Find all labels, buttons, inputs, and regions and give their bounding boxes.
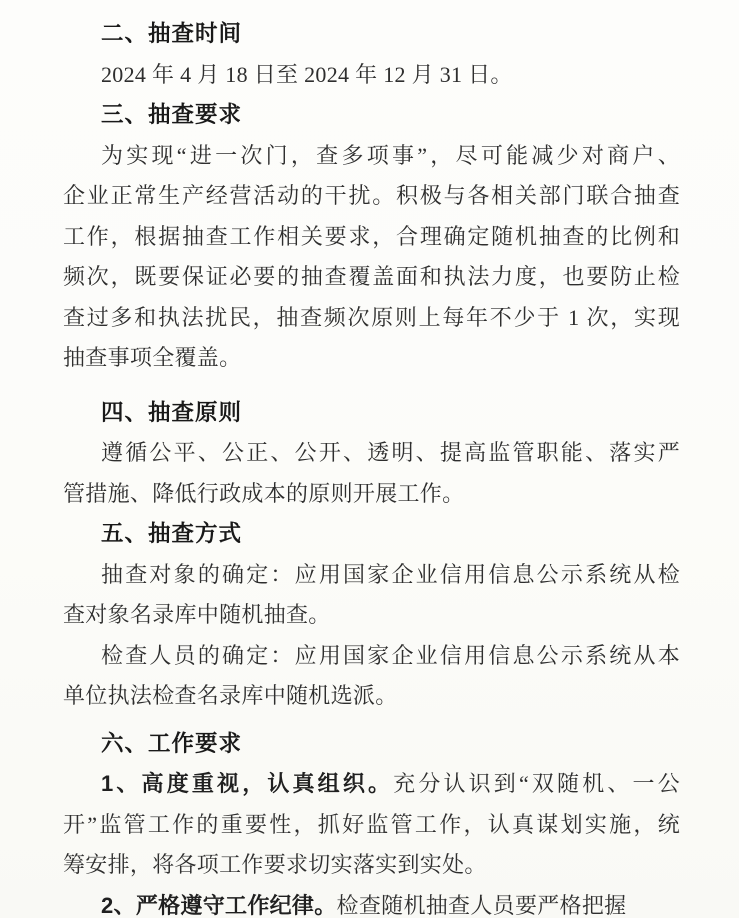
work-item-1-text: 充分认识到“双随机、一公: [393, 771, 680, 796]
para-method-inspectors-line: 检查人员的确定：应用国家企业信用信息公示系统从本: [63, 636, 680, 677]
heading-inspection-method: 五、抽查方式: [63, 514, 680, 555]
heading-inspection-requirements: 三、抽查要求: [63, 95, 680, 136]
para-principles-line: 管措施、降低行政成本的原则开展工作。: [63, 474, 680, 515]
para-requirements-line: 抽查事项全覆盖。: [63, 338, 680, 379]
date-range-line: 2024 年 4 月 18 日至 2024 年 12 月 31 日。: [63, 55, 680, 96]
para-principles-line: 遵循公平、公正、公开、透明、提高监管职能、落实严: [63, 433, 680, 474]
para-requirements-line: 工作，根据抽查工作相关要求，合理确定随机抽查的比例和: [63, 217, 680, 258]
para-requirements-line: 频次，既要保证必要的抽查覆盖面和执法力度，也要防止检: [63, 257, 680, 298]
scanned-document-page: 二、抽查时间 2024 年 4 月 18 日至 2024 年 12 月 31 日…: [0, 0, 739, 918]
para-method-objects-line: 抽查对象的确定：应用国家企业信用信息公示系统从检: [63, 555, 680, 596]
document-body: 二、抽查时间 2024 年 4 月 18 日至 2024 年 12 月 31 日…: [0, 0, 739, 918]
work-item-1-line: 1、高度重视，认真组织。充分认识到“双随机、一公: [63, 764, 680, 805]
work-item-1-line: 开”监管工作的重要性，抓好监管工作，认真谋划实施，统: [63, 805, 680, 846]
heading-work-requirements: 六、工作要求: [63, 724, 680, 765]
work-item-2-lead: 2、严格遵守工作纪律。: [101, 893, 337, 918]
heading-inspection-principles: 四、抽查原则: [63, 393, 680, 434]
work-item-1-lead: 1、高度重视，认真组织。: [101, 771, 393, 796]
para-requirements-line: 查过多和执法扰民，抽查频次原则上每年不少于 1 次，实现: [63, 298, 680, 339]
work-item-2-line: 2、严格遵守工作纪律。检查随机抽查人员要严格把握: [63, 886, 680, 918]
para-requirements-line: 为实现“进一次门，查多项事”，尽可能减少对商户、: [63, 136, 680, 177]
heading-inspection-time: 二、抽查时间: [63, 14, 680, 55]
para-method-objects-line: 查对象名录库中随机抽查。: [63, 595, 680, 636]
para-requirements-line: 企业正常生产经营活动的干扰。积极与各相关部门联合抽查: [63, 176, 680, 217]
para-method-inspectors-line: 单位执法检查名录库中随机选派。: [63, 676, 680, 717]
work-item-1-line: 筹安排，将各项工作要求切实落实到实处。: [63, 845, 680, 886]
work-item-2-text: 检查随机抽查人员要严格把握: [337, 893, 627, 918]
